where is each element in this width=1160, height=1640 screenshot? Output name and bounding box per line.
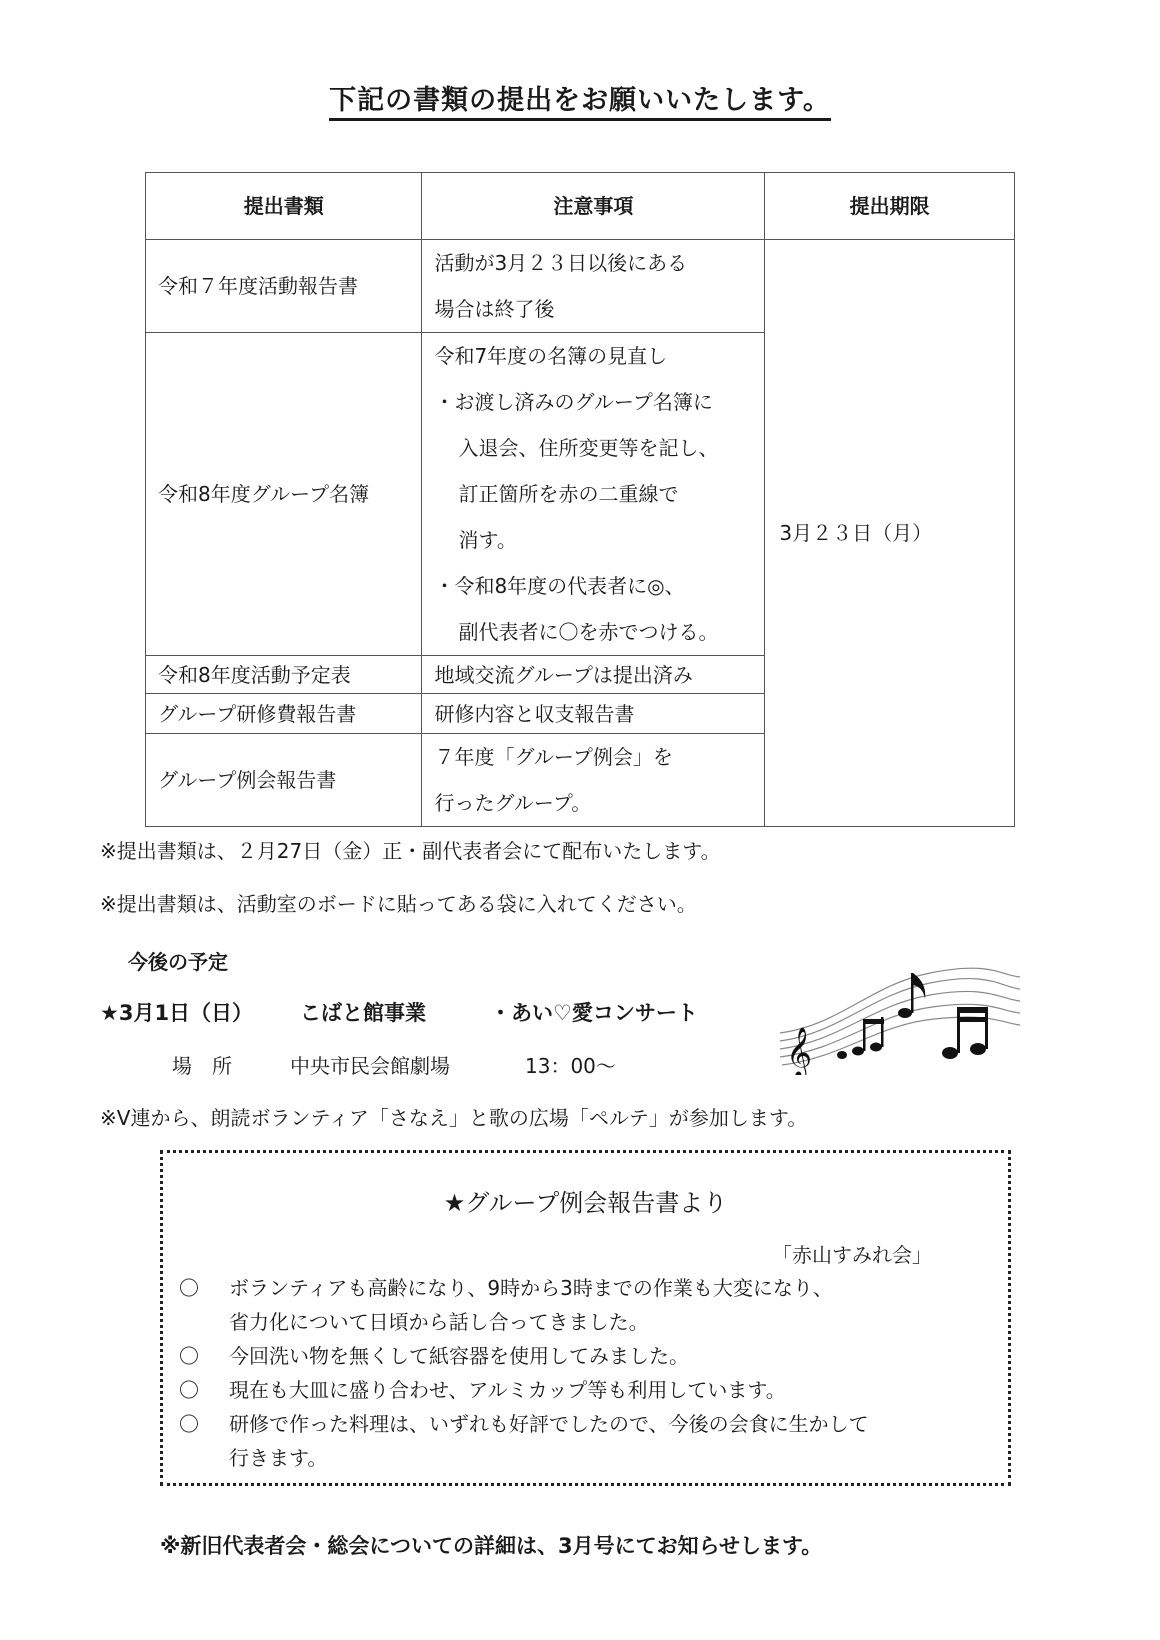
list-item: 〇 今回洗い物を無くして紙容器を使用してみました。	[179, 1339, 988, 1373]
circle-bullet-icon: 〇	[179, 1339, 229, 1373]
footnote-submission: ※提出書類は、活動室のボードに貼ってある袋に入れてください。	[100, 888, 697, 917]
place-label: 場 所	[172, 1050, 290, 1079]
document-notes: 活動が3月２３日以後にある 場合は終了後	[422, 240, 765, 333]
table-row: 令和７年度活動報告書 活動が3月２３日以後にある 場合は終了後 3月２３日（月）	[146, 240, 1015, 333]
document-name: グループ例会報告書	[146, 734, 422, 827]
document-name: 令和8年度グループ名簿	[146, 333, 422, 656]
document-name: 令和8年度活動予定表	[146, 656, 422, 694]
document-notes: ７年度「グループ例会」を 行ったグループ。	[422, 734, 765, 827]
event-line: ★3月1日（日）こばと館事業・あい♡愛コンサート	[100, 997, 698, 1027]
music-notes-icon: 𝄞	[780, 955, 1020, 1075]
document-name: グループ研修費報告書	[146, 694, 422, 734]
table-header-row: 提出書類 注意事項 提出期限	[146, 173, 1015, 240]
svg-text:𝄞: 𝄞	[786, 1027, 812, 1075]
event-name: ・あい♡愛コンサート	[490, 997, 698, 1027]
report-items: 〇 ボランティアも高齢になり、9時から3時までの作業も大変になり、省力化について…	[179, 1271, 988, 1475]
place-line: 場 所中央市民会館劇場13：00～	[172, 1050, 616, 1079]
group-report-box: ★グループ例会報告書より 「赤山すみれ会」 〇 ボランティアも高齢になり、9時か…	[160, 1150, 1011, 1486]
event-organizer: こばと館事業	[300, 997, 490, 1027]
document-notes: 地域交流グループは提出済み	[422, 656, 765, 694]
footnote-distribution: ※提出書類は、２月27日（金）正・副代表者会にて配布いたします。	[100, 835, 721, 864]
list-item: 〇 現在も大皿に盛り合わせ、アルミカップ等も利用しています。	[179, 1373, 988, 1407]
submission-table: 提出書類 注意事項 提出期限 令和７年度活動報告書 活動が3月２３日以後にある …	[145, 172, 1015, 827]
header-document: 提出書類	[146, 173, 422, 240]
circle-bullet-icon: 〇	[179, 1373, 229, 1407]
document-notes: 研修内容と収支報告書	[422, 694, 765, 734]
document-notes: 令和7年度の名簿の見直し ・お渡し済みのグループ名簿に 入退会、住所変更等を記し…	[422, 333, 765, 656]
place-venue: 中央市民会館劇場	[290, 1050, 525, 1079]
event-date: ★3月1日（日）	[100, 997, 300, 1027]
deadline-cell: 3月２３日（月）	[765, 240, 1015, 827]
page-title: 下記の書類の提出をお願いいたします。	[0, 78, 1160, 117]
report-title: ★グループ例会報告書より	[163, 1183, 1008, 1218]
header-deadline: 提出期限	[765, 173, 1015, 240]
closing-note: ※新旧代表者会・総会についての詳細は、3月号にてお知らせします。	[160, 1530, 822, 1560]
document-name: 令和７年度活動報告書	[146, 240, 422, 333]
header-notes: 注意事項	[422, 173, 765, 240]
event-time: 13：00～	[525, 1050, 616, 1079]
list-item: 〇 研修で作った料理は、いずれも好評でしたので、今後の会食に生かして行きます。	[179, 1407, 988, 1475]
circle-bullet-icon: 〇	[179, 1271, 229, 1339]
circle-bullet-icon: 〇	[179, 1407, 229, 1475]
participation-note: ※V連から、朗読ボランティア「さなえ」と歌の広場「ペルテ」が参加します。	[100, 1102, 807, 1131]
schedule-heading: 今後の予定	[128, 946, 228, 975]
report-group-name: 「赤山すみれ会」	[772, 1239, 932, 1268]
list-item: 〇 ボランティアも高齢になり、9時から3時までの作業も大変になり、省力化について…	[179, 1271, 988, 1339]
